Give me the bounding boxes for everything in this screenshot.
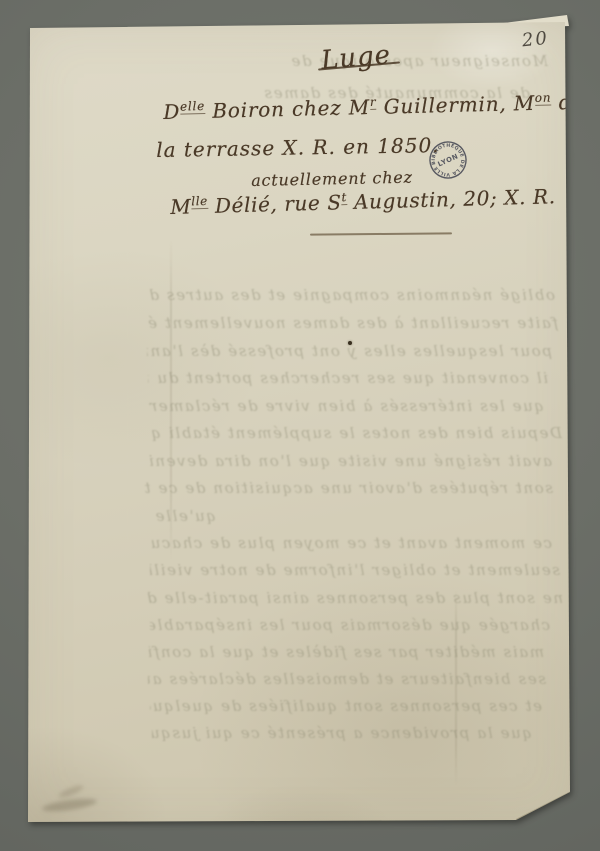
superscript-abbreviation: elle <box>180 99 205 115</box>
bleedthrough-line: que la providence a présenté ce qui jusq… <box>152 724 532 742</box>
superscript-abbreviation: on <box>535 91 552 106</box>
bleedthrough-line: avait résigné une visite que l'on dira d… <box>147 452 552 470</box>
divider-rule <box>310 232 452 235</box>
bleedthrough-line: ce moment avant et ce moyen plus de chac… <box>152 534 552 552</box>
paper-texture <box>0 0 600 851</box>
bleedthrough-line: et ces personnes sont qualifiées de quel… <box>150 697 542 715</box>
superscript-abbreviation: lle <box>191 194 208 209</box>
note-text: Augustin, 20; X. R. <box>347 184 556 214</box>
bleedthrough-line: seulement et obliger l'informe de notre … <box>150 561 560 579</box>
smudge-mark <box>42 796 98 814</box>
scanned-manuscript-page: Monseigneur apostolique dede la communau… <box>0 0 600 851</box>
note-line: Mlle Délié, rue St Augustin, 20; X. R. <box>170 184 556 219</box>
smudge-mark <box>58 783 85 799</box>
bleedthrough-line: sont réputées d'avoir une acquisition de… <box>145 479 553 497</box>
bleedthrough-line: Depuis bien des notes le supplément étab… <box>150 424 562 442</box>
bleedthrough-line: faite recueillant à des dames nouvelleme… <box>148 314 558 332</box>
note-text: D <box>163 100 180 124</box>
vertical-crease-left <box>170 240 172 560</box>
bleedthrough-line: il convenait que ses recherches portent … <box>148 369 548 387</box>
note-text: Boiron chez M <box>205 95 370 123</box>
page-title-handwritten: Luge <box>320 40 392 76</box>
bleedthrough-line: chargée que désormais pour les inséparab… <box>150 616 550 634</box>
bleedthrough-line: obligé néanmoins compagnie et des autres… <box>150 286 555 304</box>
corner-cut-edge <box>516 791 571 820</box>
paper-shadow-wrapper: Monseigneur apostolique dede la communau… <box>0 0 600 851</box>
note-text: la terrasse X. R. en 1850. <box>156 133 440 162</box>
note-text: actuellement chez <box>251 168 413 190</box>
note-line: la terrasse X. R. en 1850. <box>156 133 440 162</box>
bleedthrough-line: que les intéressés à bien vivre de récla… <box>146 397 544 415</box>
note-text: M <box>170 194 192 219</box>
bleedthrough-line: mais méditer par ses fidèles et que la c… <box>149 643 544 661</box>
vertical-crease-right <box>455 590 457 785</box>
ink-speck <box>348 341 352 345</box>
stamp-center-text: LYON <box>437 152 460 168</box>
note-line: actuellement chez <box>251 168 413 190</box>
note-text: de <box>551 90 585 115</box>
note-text: Guillermin, M <box>376 91 535 119</box>
note-text: Délié, rue S <box>208 190 342 218</box>
paper-sheet: Monseigneur apostolique dede la communau… <box>0 0 600 851</box>
verso-bleedthrough-layer: Monseigneur apostolique dede la communau… <box>0 0 600 851</box>
bleedthrough-line: ne sont plus des personnes ainsi parait-… <box>148 589 563 607</box>
bleedthrough-line: ses bienfaiteurs et demoiselles déclarée… <box>148 670 546 688</box>
folio-number: 20 <box>521 28 550 52</box>
note-line: Delle Boiron chez Mr Guillermin, Mon de <box>163 90 585 124</box>
bleedthrough-line: qu'elle <box>146 507 216 525</box>
